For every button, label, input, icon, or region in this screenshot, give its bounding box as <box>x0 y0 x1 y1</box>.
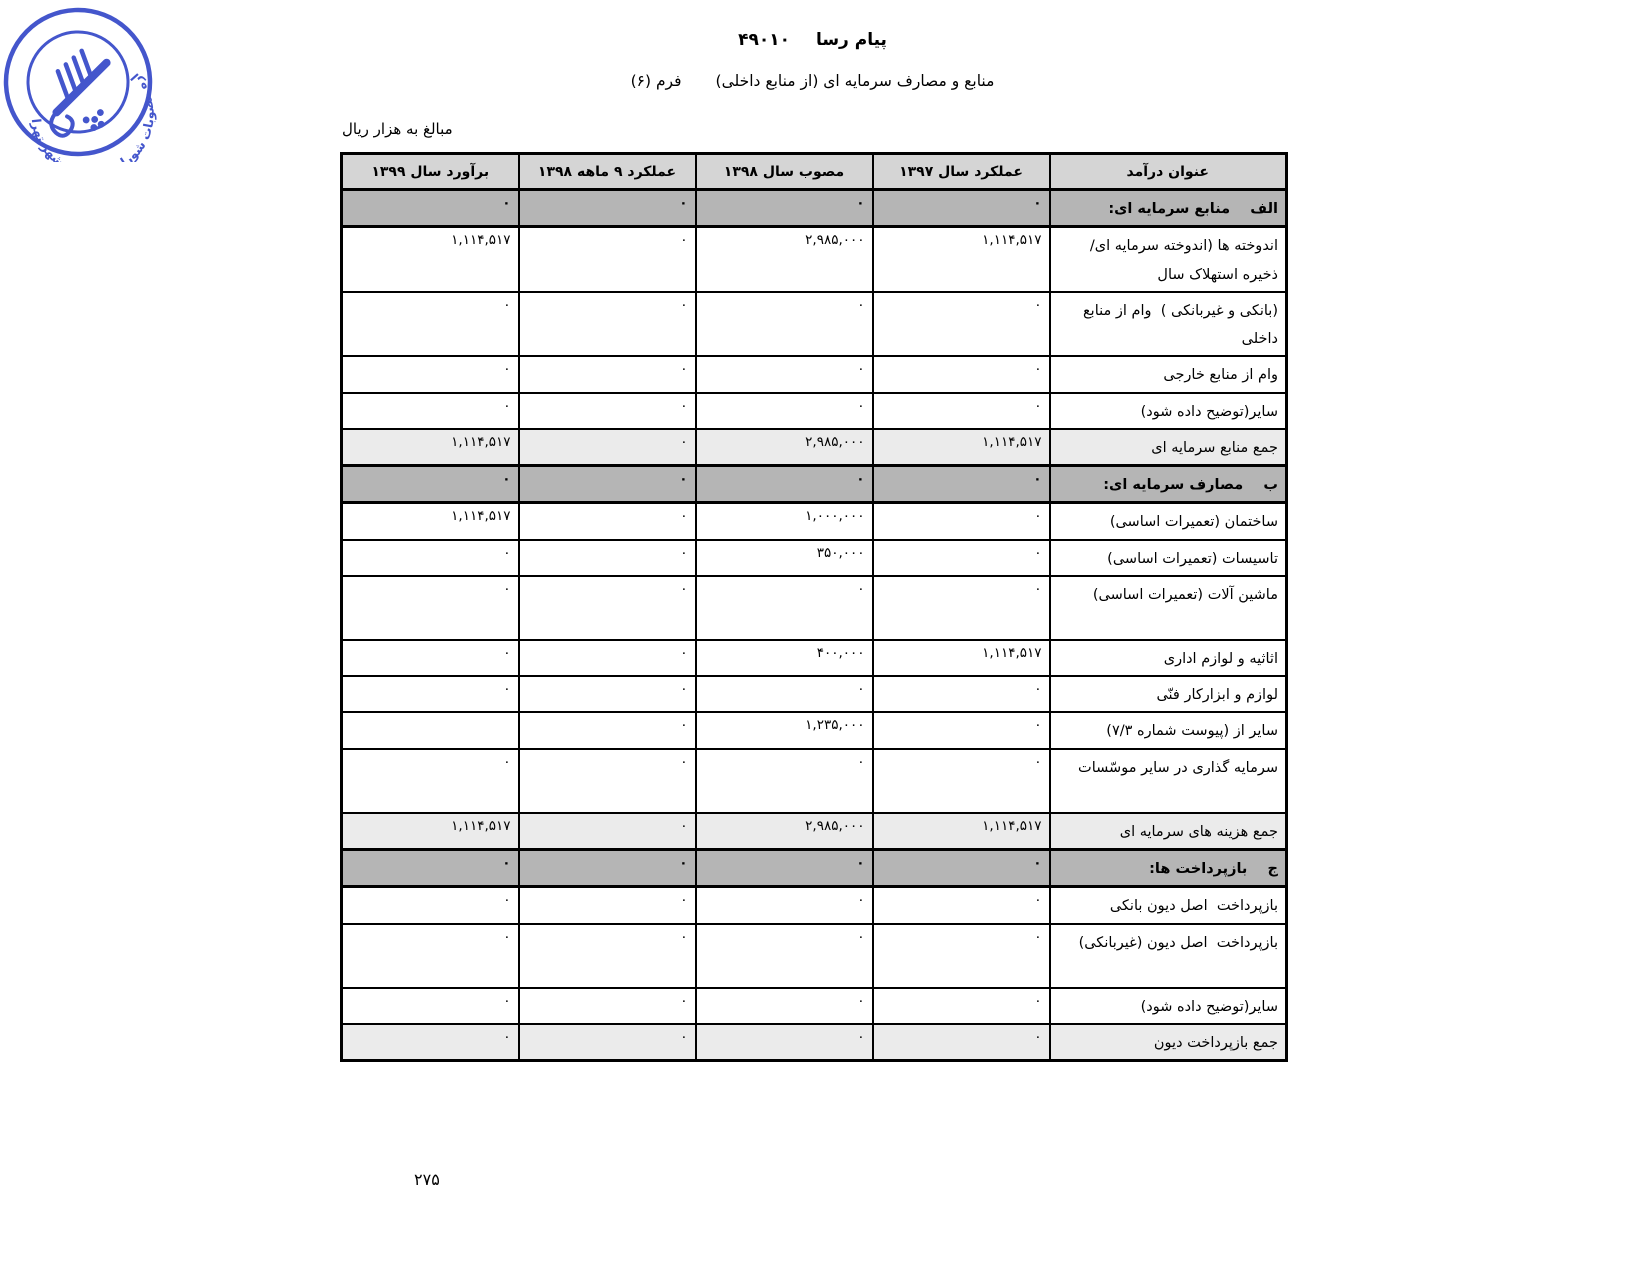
value-cell-est_1399: ۰ <box>342 1024 519 1061</box>
value-cell-approved_1398: ۰ <box>696 887 873 924</box>
value-cell-perf_9m_1398: ۰ <box>519 1024 696 1061</box>
value-cell-perf_9m_1398: ۰ <box>519 292 696 357</box>
form-number: فرم (۶) <box>631 72 682 90</box>
table-row: تاسیسات (تعمیرات اساسی)۰۳۵۰,۰۰۰۰۰ <box>342 540 1287 576</box>
form-title-line: منابع و مصارف سرمایه ای (از منابع داخلی)… <box>340 72 1285 90</box>
value-cell-est_1399: ۰ <box>342 356 519 392</box>
value-cell-est_1399: ۰ <box>342 849 519 886</box>
value-cell-approved_1398: ۴۰۰,۰۰۰ <box>696 640 873 676</box>
value-cell-perf_9m_1398: ۰ <box>519 749 696 813</box>
row-label: اندوخته ها (اندوخته سرمایه ای/ ذخیره است… <box>1050 227 1287 292</box>
table-row: جمع بازپرداخت دیون۰۰۰۰ <box>342 1024 1287 1061</box>
value-cell-perf_9m_1398: ۰ <box>519 227 696 292</box>
value-cell-approved_1398: ۰ <box>696 190 873 227</box>
table-row: سرمایه گذاری در سایر موسّسات۰۰۰۰ <box>342 749 1287 813</box>
row-label: سایر از (پیوست شماره ۷/۳) <box>1050 712 1287 748</box>
row-label: (بانکی و غیربانکی ) وام از منابع داخلی <box>1050 292 1287 357</box>
value-cell-est_1399: ۱,۱۱۴,۵۱۷ <box>342 503 519 540</box>
table-row: ب مصارف سرمایه ای:۰۰۰۰ <box>342 466 1287 503</box>
value-cell-est_1399: ۰ <box>342 676 519 712</box>
value-cell-perf_9m_1398: ۰ <box>519 813 696 850</box>
col-header-est_1399: برآورد سال ۱۳۹۹ <box>342 154 519 190</box>
value-cell-perf_1397: ۰ <box>873 393 1050 429</box>
value-cell-perf_9m_1398: ۰ <box>519 576 696 640</box>
value-cell-est_1399 <box>342 712 519 748</box>
value-cell-perf_1397: ۱,۱۱۴,۵۱۷ <box>873 640 1050 676</box>
row-label: سایر(توضیح داده شود) <box>1050 988 1287 1024</box>
col-header-perf_9m_1398: عملکرد ۹ ماهه ۱۳۹۸ <box>519 154 696 190</box>
value-cell-approved_1398: ۰ <box>696 749 873 813</box>
table-row: جمع منابع سرمایه ای۱,۱۱۴,۵۱۷۲,۹۸۵,۰۰۰۰۱,… <box>342 429 1287 466</box>
table-row: سایر(توضیح داده شود)۰۰۰۰ <box>342 393 1287 429</box>
row-label: الف منابع سرمایه ای: <box>1050 190 1287 227</box>
row-label: بازپرداخت اصل دیون (غیربانکی) <box>1050 924 1287 988</box>
value-cell-perf_9m_1398: ۰ <box>519 988 696 1024</box>
row-label: اثاثیه و لوازم اداری <box>1050 640 1287 676</box>
value-cell-approved_1398: ۰ <box>696 1024 873 1061</box>
row-label: سرمایه گذاری در سایر موسّسات <box>1050 749 1287 813</box>
row-label: ب مصارف سرمایه ای: <box>1050 466 1287 503</box>
value-cell-est_1399: ۰ <box>342 887 519 924</box>
value-cell-approved_1398: ۰ <box>696 356 873 392</box>
budget-table: عنوان درآمدعملکرد سال ۱۳۹۷مصوب سال ۱۳۹۸ع… <box>340 152 1288 1062</box>
table-row: (بانکی و غیربانکی ) وام از منابع داخلی۰۰… <box>342 292 1287 357</box>
value-cell-est_1399: ۰ <box>342 640 519 676</box>
value-cell-perf_9m_1398: ۰ <box>519 356 696 392</box>
row-label: بازپرداخت اصل دیون بانکی <box>1050 887 1287 924</box>
value-cell-est_1399: ۱,۱۱۴,۵۱۷ <box>342 813 519 850</box>
value-cell-approved_1398: ۰ <box>696 988 873 1024</box>
value-cell-perf_1397: ۰ <box>873 190 1050 227</box>
value-cell-perf_1397: ۱,۱۱۴,۵۱۷ <box>873 429 1050 466</box>
value-cell-approved_1398: ۲,۹۸۵,۰۰۰ <box>696 227 873 292</box>
value-cell-perf_1397: ۰ <box>873 466 1050 503</box>
value-cell-perf_1397: ۰ <box>873 356 1050 392</box>
value-cell-perf_1397: ۱,۱۱۴,۵۱۷ <box>873 813 1050 850</box>
value-cell-est_1399: ۰ <box>342 393 519 429</box>
value-cell-perf_9m_1398: ۰ <box>519 429 696 466</box>
table-row: ج بازپرداخت ها:۰۰۰۰ <box>342 849 1287 886</box>
value-cell-est_1399: ۰ <box>342 924 519 988</box>
table-row: اثاثیه و لوازم اداری۱,۱۱۴,۵۱۷۴۰۰,۰۰۰۰۰ <box>342 640 1287 676</box>
table-row: لوازم و ابزارکار فنّی۰۰۰۰ <box>342 676 1287 712</box>
table-row: بازپرداخت اصل دیون (غیربانکی)۰۰۰۰ <box>342 924 1287 988</box>
value-cell-perf_9m_1398: ۰ <box>519 540 696 576</box>
value-cell-perf_9m_1398: ۰ <box>519 393 696 429</box>
value-cell-perf_1397: ۰ <box>873 849 1050 886</box>
row-label: جمع بازپرداخت دیون <box>1050 1024 1287 1061</box>
row-label: جمع منابع سرمایه ای <box>1050 429 1287 466</box>
value-cell-perf_1397: ۰ <box>873 988 1050 1024</box>
table-header-row: عنوان درآمدعملکرد سال ۱۳۹۷مصوب سال ۱۳۹۸ع… <box>342 154 1287 190</box>
value-cell-approved_1398: ۱,۰۰۰,۰۰۰ <box>696 503 873 540</box>
value-cell-perf_9m_1398: ۰ <box>519 712 696 748</box>
value-cell-approved_1398: ۳۵۰,۰۰۰ <box>696 540 873 576</box>
value-cell-est_1399: ۰ <box>342 190 519 227</box>
value-cell-perf_1397: ۰ <box>873 887 1050 924</box>
value-cell-approved_1398: ۰ <box>696 466 873 503</box>
table-row: اندوخته ها (اندوخته سرمایه ای/ ذخیره است… <box>342 227 1287 292</box>
value-cell-perf_9m_1398: ۰ <box>519 676 696 712</box>
table-row: ماشین آلات (تعمیرات اساسی)۰۰۰۰ <box>342 576 1287 640</box>
value-cell-perf_9m_1398: ۰ <box>519 640 696 676</box>
org-code: ۴۹۰۱۰ <box>738 30 790 50</box>
table-row: سایر از (پیوست شماره ۷/۳)۰۱,۲۳۵,۰۰۰۰ <box>342 712 1287 748</box>
value-cell-perf_1397: ۰ <box>873 749 1050 813</box>
value-cell-perf_1397: ۱,۱۱۴,۵۱۷ <box>873 227 1050 292</box>
col-header-approved_1398: مصوب سال ۱۳۹۸ <box>696 154 873 190</box>
row-label: سایر(توضیح داده شود) <box>1050 393 1287 429</box>
table-row: جمع هزینه های سرمایه ای۱,۱۱۴,۵۱۷۲,۹۸۵,۰۰… <box>342 813 1287 850</box>
stamp-ring-text: اداره مصوبات شورای اسلامی شهر تهران <box>0 2 160 162</box>
table-row: الف منابع سرمایه ای:۰۰۰۰ <box>342 190 1287 227</box>
value-cell-approved_1398: ۲,۹۸۵,۰۰۰ <box>696 429 873 466</box>
table-head: عنوان درآمدعملکرد سال ۱۳۹۷مصوب سال ۱۳۹۸ع… <box>342 154 1287 190</box>
org-name: پیام رسا <box>816 30 887 50</box>
value-cell-est_1399: ۱,۱۱۴,۵۱۷ <box>342 429 519 466</box>
value-cell-perf_1397: ۰ <box>873 503 1050 540</box>
row-label: تاسیسات (تعمیرات اساسی) <box>1050 540 1287 576</box>
table-row: وام از منابع خارجی۰۰۰۰ <box>342 356 1287 392</box>
value-cell-perf_9m_1398: ۰ <box>519 887 696 924</box>
value-cell-perf_9m_1398: ۰ <box>519 924 696 988</box>
unit-note: مبالغ به هزار ریال <box>342 120 453 138</box>
table-row: بازپرداخت اصل دیون بانکی۰۰۰۰ <box>342 887 1287 924</box>
col-header-perf_1397: عملکرد سال ۱۳۹۷ <box>873 154 1050 190</box>
row-label: ج بازپرداخت ها: <box>1050 849 1287 886</box>
value-cell-perf_1397: ۰ <box>873 576 1050 640</box>
row-label: ساختمان (تعمیرات اساسی) <box>1050 503 1287 540</box>
value-cell-perf_1397: ۰ <box>873 924 1050 988</box>
value-cell-approved_1398: ۰ <box>696 924 873 988</box>
value-cell-est_1399: ۱,۱۱۴,۵۱۷ <box>342 227 519 292</box>
col-header-title: عنوان درآمد <box>1050 154 1287 190</box>
value-cell-perf_1397: ۰ <box>873 540 1050 576</box>
page-number: ۲۷۵ <box>414 1170 440 1189</box>
value-cell-approved_1398: ۰ <box>696 676 873 712</box>
value-cell-est_1399: ۰ <box>342 540 519 576</box>
value-cell-perf_9m_1398: ۰ <box>519 466 696 503</box>
value-cell-approved_1398: ۲,۹۸۵,۰۰۰ <box>696 813 873 850</box>
table-row: ساختمان (تعمیرات اساسی)۰۱,۰۰۰,۰۰۰۰۱,۱۱۴,… <box>342 503 1287 540</box>
form-title: منابع و مصارف سرمایه ای (از منابع داخلی) <box>716 72 995 90</box>
value-cell-perf_9m_1398: ۰ <box>519 190 696 227</box>
value-cell-perf_1397: ۰ <box>873 1024 1050 1061</box>
value-cell-perf_9m_1398: ۰ <box>519 849 696 886</box>
value-cell-approved_1398: ۱,۲۳۵,۰۰۰ <box>696 712 873 748</box>
doc-title-line: پیام رسا۴۹۰۱۰ <box>340 30 1285 50</box>
value-cell-approved_1398: ۰ <box>696 849 873 886</box>
value-cell-perf_1397: ۰ <box>873 676 1050 712</box>
value-cell-perf_1397: ۰ <box>873 292 1050 357</box>
value-cell-est_1399: ۰ <box>342 466 519 503</box>
row-label: لوازم و ابزارکار فنّی <box>1050 676 1287 712</box>
value-cell-approved_1398: ۰ <box>696 292 873 357</box>
value-cell-est_1399: ۰ <box>342 988 519 1024</box>
value-cell-est_1399: ۰ <box>342 576 519 640</box>
official-stamp: اداره مصوبات شورای اسلامی شهر تهران <box>0 2 160 162</box>
row-label: وام از منابع خارجی <box>1050 356 1287 392</box>
value-cell-est_1399: ۰ <box>342 292 519 357</box>
value-cell-est_1399: ۰ <box>342 749 519 813</box>
value-cell-approved_1398: ۰ <box>696 393 873 429</box>
value-cell-perf_1397: ۰ <box>873 712 1050 748</box>
row-label: ماشین آلات (تعمیرات اساسی) <box>1050 576 1287 640</box>
table-body: الف منابع سرمایه ای:۰۰۰۰اندوخته ها (اندو… <box>342 190 1287 1061</box>
row-label: جمع هزینه های سرمایه ای <box>1050 813 1287 850</box>
title-block: پیام رسا۴۹۰۱۰ منابع و مصارف سرمایه ای (ا… <box>340 30 1285 90</box>
table-row: سایر(توضیح داده شود)۰۰۰۰ <box>342 988 1287 1024</box>
value-cell-approved_1398: ۰ <box>696 576 873 640</box>
value-cell-perf_9m_1398: ۰ <box>519 503 696 540</box>
